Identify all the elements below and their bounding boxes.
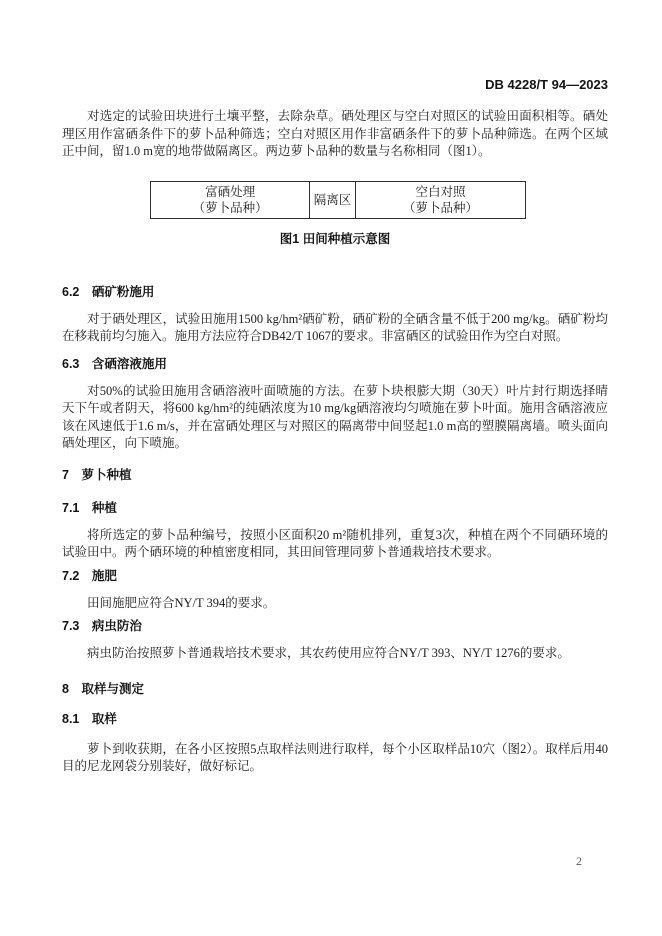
section-number-7: 7 [62,469,69,482]
section-heading-8: 8取样与测定 [62,683,608,696]
figure1-cell-selenium-treatment-line2: （萝卜品种） [193,200,268,216]
section-heading-7-3: 7.3病虫防治 [62,620,608,633]
section-number-7-3: 7.3 [62,620,79,633]
section-paragraph-6-3: 对50%的试验田施用含硒溶液叶面喷施的方法。在萝卜块根膨大期（30天）叶片封行期… [62,383,608,453]
page-content: DB 4228/T 94—2023 对选定的试验田块进行土壤平整，去除杂草。硒处… [62,0,608,776]
section-number-8-1: 8.1 [62,713,79,726]
figure1-cell-isolation-zone: 隔离区 [310,182,356,218]
figure1-cell-blank-control-line1: 空白对照 [415,184,465,200]
section-paragraph-7-2: 田间施肥应符合NY/T 394的要求。 [62,595,608,613]
figure1-cell-blank-control: 空白对照 （萝卜品种） [356,182,525,218]
section-paragraph-6-2: 对于硒处理区，试验田施用1500 kg/hm²硒矿粉，硒矿粉的全硒含量不低于20… [62,311,608,346]
section-number-6-3: 6.3 [62,358,79,371]
section-number-6-2: 6.2 [62,286,79,299]
section-paragraph-7-1: 将所选定的萝卜品种编号，按照小区面积20 m²随机排列，重复3次，种植在两个不同… [62,527,608,562]
section-heading-6-3: 6.3含硒溶液施用 [62,358,608,371]
section-title-6-3: 含硒溶液施用 [92,357,167,371]
document-page: DB 4228/T 94—2023 对选定的试验田块进行土壤平整，去除杂草。硒处… [0,0,662,936]
figure1-cell-blank-control-line2: （萝卜品种） [403,200,478,216]
section-title-8: 取样与测定 [81,682,144,696]
figure1-cell-isolation-zone-line1: 隔离区 [314,192,352,208]
figure1-caption: 图1 田间种植示意图 [62,233,608,246]
section-heading-7-2: 7.2施肥 [62,570,608,583]
section-title-7: 萝卜种植 [81,468,131,482]
standard-number: DB 4228/T 94—2023 [485,77,608,92]
section-title-6-2: 硒矿粉施用 [92,285,155,299]
section-title-8-1: 取样 [92,712,117,726]
section-heading-8-1: 8.1取样 [62,713,608,726]
section-number-7-1: 7.1 [62,502,79,515]
running-header: DB 4228/T 94—2023 [62,0,608,92]
section-heading-6-2: 6.2硒矿粉施用 [62,286,608,299]
section-title-7-2: 施肥 [92,569,117,583]
section-heading-7-1: 7.1种植 [62,502,608,515]
intro-paragraph: 对选定的试验田块进行土壤平整，去除杂草。硒处理区与空白对照区的试验田面积相等。硒… [62,108,608,161]
page-number: 2 [576,854,582,868]
section-paragraph-7-3: 病虫防治按照萝卜普通栽培技术要求，其农药使用应符合NY/T 393、NY/T 1… [62,645,608,663]
figure1-cell-selenium-treatment: 富硒处理 （萝卜品种） [151,182,310,218]
section-paragraph-8-1: 萝卜到收获期，在各小区按照5点取样法则进行取样，每个小区取样品10穴（图2）。取… [62,741,608,776]
section-title-7-1: 种植 [92,501,117,515]
figure1-cell-selenium-treatment-line1: 富硒处理 [205,184,255,200]
figure1-diagram: 富硒处理 （萝卜品种） 隔离区 空白对照 （萝卜品种） [150,181,526,219]
section-heading-7: 7萝卜种植 [62,469,608,482]
section-number-7-2: 7.2 [62,570,79,583]
section-title-7-3: 病虫防治 [92,619,142,633]
section-number-8: 8 [62,683,69,696]
